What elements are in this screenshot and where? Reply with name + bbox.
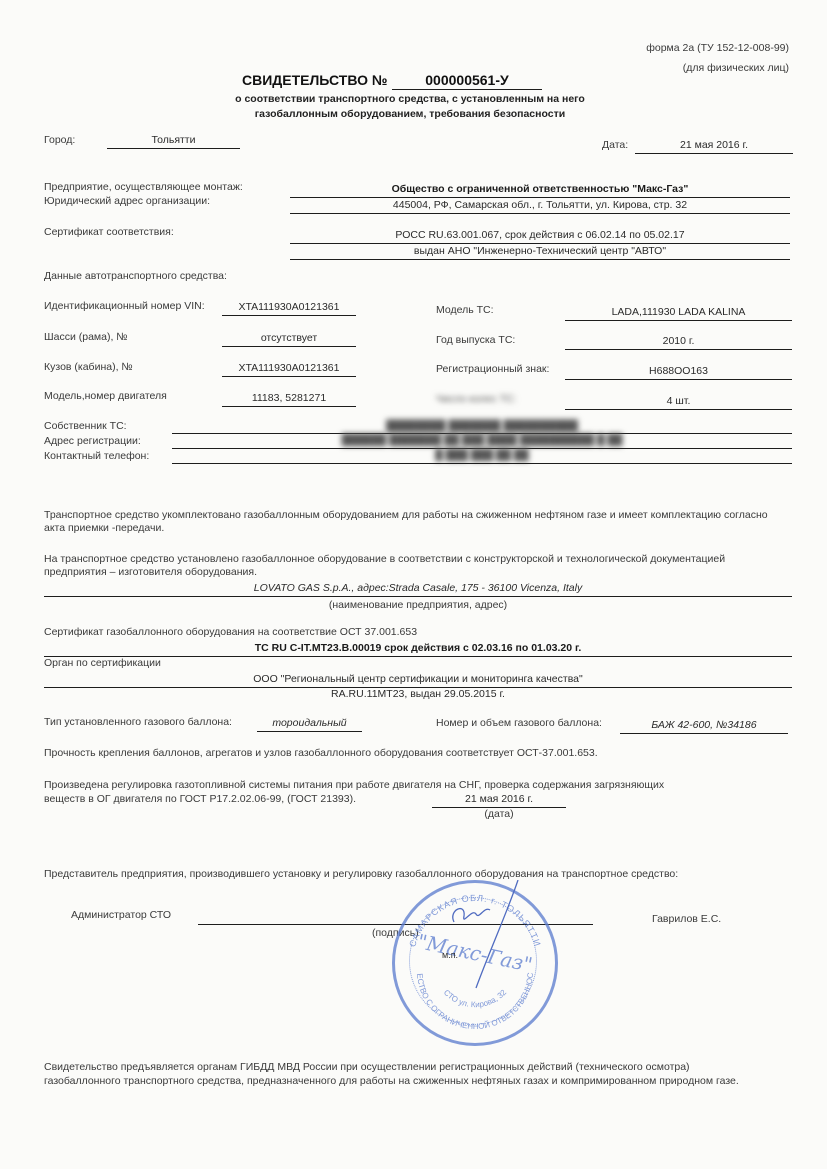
conformity-cert-label: Сертификат соответствия: xyxy=(44,226,174,238)
manufacturer-underline xyxy=(44,596,792,597)
chassis-value: отсутствует xyxy=(222,332,356,344)
model-label: Модель ТС: xyxy=(436,304,494,316)
vin-underline xyxy=(222,315,356,316)
wheels-value: 4 шт. xyxy=(565,395,792,407)
adjustment-text-2: веществ в ОГ двигателя по ГОСТ Р17.2.02.… xyxy=(44,793,356,805)
equipment-paragraph-1: Транспортное средство укомплектовано газ… xyxy=(44,509,784,535)
certificate-subtitle-2: газобаллонным оборудованием, требования … xyxy=(200,107,620,122)
company-underline xyxy=(290,197,790,198)
plate-underline xyxy=(565,379,792,380)
model-underline xyxy=(565,320,792,321)
gbo-cert-label: Сертификат газобаллонного оборудования н… xyxy=(44,626,417,638)
legal-address-value: 445004, РФ, Самарская обл., г. Тольятти,… xyxy=(290,199,790,211)
form-scope: (для физических лиц) xyxy=(683,62,789,74)
legal-address-underline xyxy=(290,213,790,214)
cylinder-number-underline xyxy=(620,733,788,734)
signer-position: Администратор СТО xyxy=(71,909,171,921)
cylinder-type-value: тороидальный xyxy=(257,717,362,729)
cert-body-accreditation: RA.RU.11MT23, выдан 29.05.2015 г. xyxy=(44,688,792,700)
gbo-cert-value: ТС RU C-IT.MT23.B.00019 срок действия с … xyxy=(44,642,792,654)
cylinder-number-value: БАЖ 42-600, №34186 xyxy=(620,719,788,731)
conformity-cert-value-2: выдан АНО "Инженерно-Технический центр "… xyxy=(290,245,790,257)
body-underline xyxy=(222,376,356,377)
chassis-underline xyxy=(222,346,356,347)
footer-text-1: Свидетельство предъявляется органам ГИБД… xyxy=(44,1061,690,1073)
plate-value: Н688ОО163 xyxy=(565,365,792,377)
engine-label: Модель,номер двигателя xyxy=(44,390,167,402)
owner-value: ████████ ███████ ██████████ xyxy=(172,420,792,432)
cylinder-type-label: Тип установленного газового баллона: xyxy=(44,716,232,728)
city-label: Город: xyxy=(44,134,75,146)
certificate-number: 000000561-У xyxy=(392,72,542,88)
city-value: Тольятти xyxy=(107,134,240,146)
date-value: 21 мая 2016 г. xyxy=(635,139,793,151)
adjustment-text-1: Произведена регулировка газотопливной си… xyxy=(44,779,664,791)
engine-value: 11183, 5281271 xyxy=(222,392,356,404)
certificate-title: СВИДЕТЕЛЬСТВО № xyxy=(242,72,387,88)
date-label: Дата: xyxy=(602,139,628,151)
equipment-paragraph-2: На транспортное средство установлено газ… xyxy=(44,553,784,579)
cylinder-number-label: Номер и объем газового баллона: xyxy=(436,717,602,729)
adjustment-date-value: 21 мая 2016 г. xyxy=(432,793,566,805)
wheels-label: Число колес ТС: xyxy=(436,393,516,405)
city-underline xyxy=(107,148,240,149)
adjustment-date-caption: (дата) xyxy=(432,808,566,820)
form-code: форма 2а (ТУ 152-12-008-99) xyxy=(646,42,789,54)
conformity-cert-value-1: РОСС RU.63.001.067, срок действия с 06.0… xyxy=(290,229,790,241)
owner-address-label: Адрес регистрации: xyxy=(44,435,141,447)
owner-label: Собственник ТС: xyxy=(44,420,127,432)
owner-phone-underline xyxy=(172,463,792,464)
owner-phone-label: Контактный телефон: xyxy=(44,450,149,462)
engine-underline xyxy=(222,406,356,407)
cylinder-type-underline xyxy=(257,731,362,732)
year-value: 2010 г. xyxy=(565,335,792,347)
date-underline xyxy=(635,153,793,154)
owner-address-value: ██████ ███████ ██ ███ ████ ██████████ █ … xyxy=(172,434,792,446)
body-value: XTA111930A0121361 xyxy=(222,362,356,374)
cert-body-value: ООО "Региональный центр сертификации и м… xyxy=(44,673,792,685)
model-value: LADA,111930 LADA KALINA xyxy=(565,306,792,318)
owner-phone-value: █ ███ ███ ██ ██ xyxy=(172,449,792,461)
legal-address-label: Юридический адрес организации: xyxy=(44,195,210,207)
manufacturer-value: LOVATO GAS S.p.A., адрес:Strada Casale, … xyxy=(44,582,792,594)
certificate-subtitle-1: о соответствии транспортного средства, с… xyxy=(200,92,620,107)
footer-text-2: газобаллонного транспортного средства, п… xyxy=(44,1075,739,1087)
vin-label: Идентификационный номер VIN: xyxy=(44,300,205,312)
company-value: Общество с ограниченной ответственностью… xyxy=(290,183,790,195)
year-label: Год выпуска ТС: xyxy=(436,334,515,346)
vehicle-section-label: Данные автотранспортного средства: xyxy=(44,270,227,282)
year-underline xyxy=(565,349,792,350)
wheels-underline xyxy=(565,409,792,410)
plate-label: Регистрационный знак: xyxy=(436,363,549,375)
conformity-cert-underline-2 xyxy=(290,259,790,260)
conformity-cert-underline-1 xyxy=(290,243,790,244)
manufacturer-caption: (наименование предприятия, адрес) xyxy=(44,599,792,611)
company-label: Предприятие, осуществляющее монтаж: xyxy=(44,181,243,193)
strength-text: Прочность крепления баллонов, агрегатов … xyxy=(44,747,598,759)
body-label: Кузов (кабина), № xyxy=(44,361,133,373)
vin-value: XTA111930A0121361 xyxy=(222,301,356,313)
signer-name: Гаврилов Е.С. xyxy=(652,913,721,925)
representative-text: Представитель предприятия, производившег… xyxy=(44,868,678,880)
chassis-label: Шасси (рама), № xyxy=(44,331,128,343)
certificate-number-underline xyxy=(392,89,542,90)
handwritten-signature xyxy=(446,880,556,1000)
cert-body-label: Орган по сертификации xyxy=(44,657,161,669)
